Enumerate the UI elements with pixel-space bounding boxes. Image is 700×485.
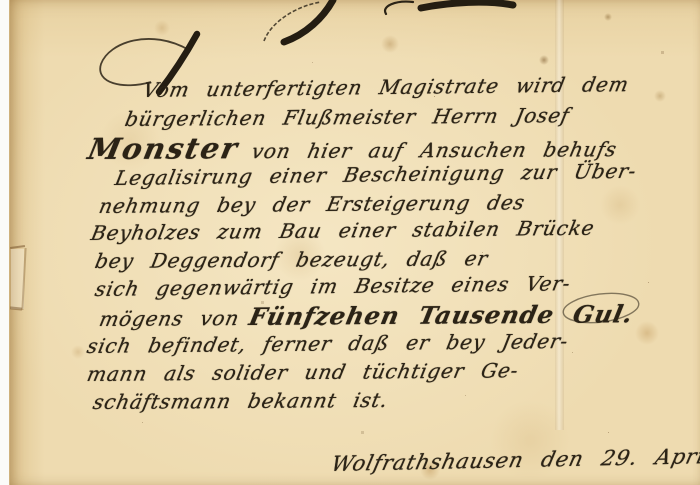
foxing-specks bbox=[10, 0, 11, 1]
manuscript-line-6: Beyholzes zum Bau einer stabilen Brücke bbox=[89, 216, 597, 245]
place-date-line: Wolfrathshausen den 29. April bbox=[329, 444, 700, 476]
top-bar-stroke bbox=[421, 2, 513, 8]
manuscript-line-7: bey Deggendorf bezeugt, daß er bbox=[93, 246, 490, 273]
manuscript-line-12: schäftsmann bekannt ist. bbox=[91, 388, 390, 414]
manuscript-line-11: mann als solider und tüchtiger Ge- bbox=[85, 358, 521, 386]
person-name: Monster bbox=[85, 131, 242, 166]
manuscript-line-5: nehmung bey der Ersteigerung des bbox=[97, 190, 527, 218]
top-loop-thin bbox=[264, 2, 321, 41]
vertical-fold-crease bbox=[555, 0, 564, 430]
manuscript-line-2: bürgerlichen Flußmeister Herrn Josef bbox=[123, 103, 572, 131]
manuscript-line-9-pre: mögens von bbox=[97, 306, 242, 331]
edge-nick-bottom bbox=[10, 306, 22, 310]
document-paper: Vom unterfertigten Magistrate wird dem b… bbox=[9, 0, 700, 485]
manuscript-line-10: sich befindet, ferner daß er bey Jeder- bbox=[85, 329, 571, 358]
top-loop-thick bbox=[284, 0, 333, 42]
top-curl bbox=[385, 2, 413, 14]
scanned-document: Vom unterfertigten Magistrate wird dem b… bbox=[0, 0, 700, 485]
sum-amount: Fünfzehen Tausende Gul. bbox=[247, 299, 636, 331]
manuscript-line-9: mögens vonFünfzehen Tausende Gul. bbox=[97, 299, 636, 332]
manuscript-line-8: sich gegenwärtig im Besitze eines Ver- bbox=[93, 271, 573, 301]
